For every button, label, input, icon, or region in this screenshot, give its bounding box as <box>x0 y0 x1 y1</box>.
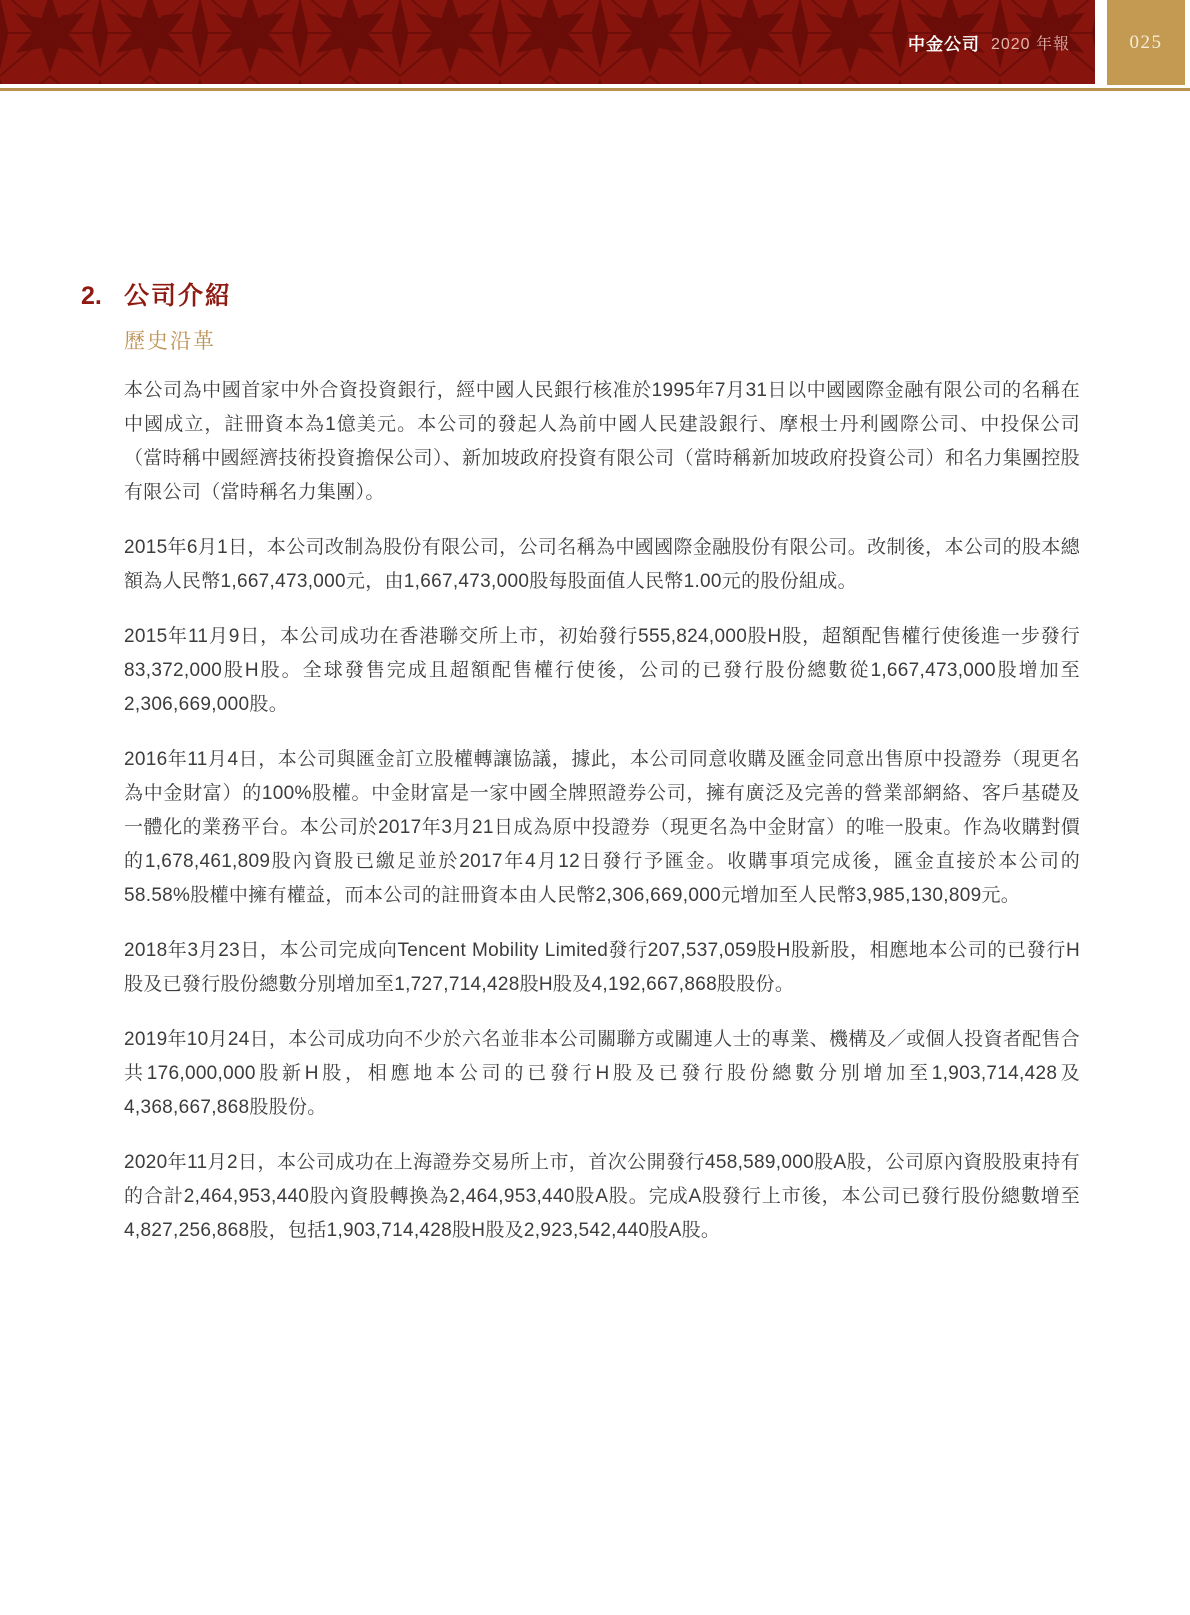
page-number-box: 025 <box>1107 0 1185 85</box>
company-name: 中金公司 <box>908 30 980 55</box>
history-paragraph-2015-nov: 2015年11月9日，本公司成功在香港聯交所上市，初始發行555,824,000… <box>124 620 1080 722</box>
section-number: 2. <box>81 282 124 311</box>
history-paragraph-1995: 本公司為中國首家中外合資投資銀行，經中國人民銀行核准於1995年7月31日以中國… <box>124 374 1080 510</box>
history-paragraph-2015-jun: 2015年6月1日，本公司改制為股份有限公司，公司名稱為中國國際金融股份有限公司… <box>124 531 1080 599</box>
header-title: 中金公司 2020 年報 <box>908 0 1070 84</box>
gold-rule-divider <box>0 88 1190 91</box>
content-area: 2. 公司介紹 歷史沿革 本公司為中國首家中外合資投資銀行，經中國人民銀行核准於… <box>81 276 1081 1269</box>
page-number: 025 <box>1130 32 1163 54</box>
section-title-text: 公司介紹 <box>124 276 232 312</box>
history-paragraph-2020: 2020年11月2日，本公司成功在上海證券交易所上市，首次公開發行458,589… <box>124 1146 1080 1248</box>
history-paragraph-2018: 2018年3月23日，本公司完成向Tencent Mobility Limite… <box>124 934 1080 1002</box>
page-header: 中金公司 2020 年報 025 <box>0 0 1190 92</box>
history-paragraph-2019: 2019年10月24日，本公司成功向不少於六名並非本公司關聯方或關連人士的專業、… <box>124 1023 1080 1125</box>
history-paragraphs: 本公司為中國首家中外合資投資銀行，經中國人民銀行核准於1995年7月31日以中國… <box>124 374 1080 1248</box>
section-heading: 2. 公司介紹 <box>81 276 1081 312</box>
decorative-band: 中金公司 2020 年報 <box>0 0 1095 84</box>
subsection-title: 歷史沿革 <box>124 325 1081 355</box>
report-year-label: 2020 年報 <box>991 31 1070 54</box>
history-paragraph-2016: 2016年11月4日，本公司與匯金訂立股權轉讓協議，據此，本公司同意收購及匯金同… <box>124 743 1080 913</box>
